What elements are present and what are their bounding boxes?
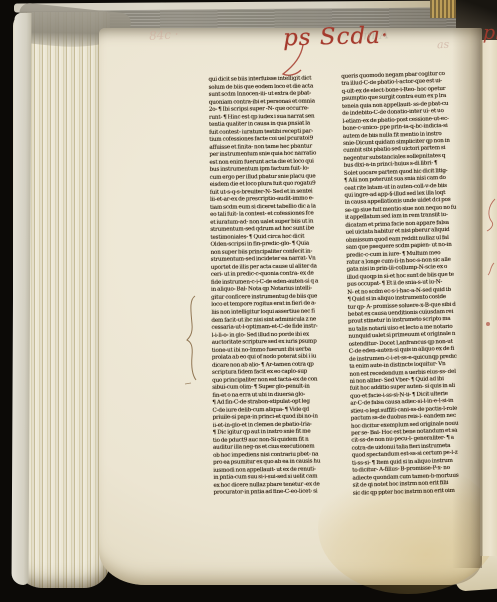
cover-edge <box>12 13 32 585</box>
text-line: auctoritate scripture sed ex iuris psump <box>212 338 334 347</box>
left-column: qui dicit se biis interfuisse intelligit… <box>208 75 335 497</box>
facing-page-red-glyph: ph <box>483 22 497 45</box>
text-line: procurator-in pntia ad fine-C-eo-licet- … <box>213 489 335 498</box>
facing-page-edge <box>480 40 497 556</box>
marginal-brace-mark <box>183 294 199 386</box>
ghost-showthrough-mark: m A <box>363 27 390 43</box>
red-margin-squiggle <box>487 262 496 276</box>
red-margin-dot <box>486 322 490 326</box>
photo-background: ps Scda· 84c · m A as ph qui dicit se bi… <box>0 0 497 602</box>
red-margin-squiggle <box>484 198 497 232</box>
ghost-showthrough-mark: as <box>437 38 450 51</box>
faint-folio-mark: 84c · <box>149 27 180 43</box>
text-line: cessaria-ut-l-optimam-et-C-de fide instr… <box>211 323 333 332</box>
right-column: queris quomodo negam pbar cogitur cotra … <box>341 70 478 497</box>
